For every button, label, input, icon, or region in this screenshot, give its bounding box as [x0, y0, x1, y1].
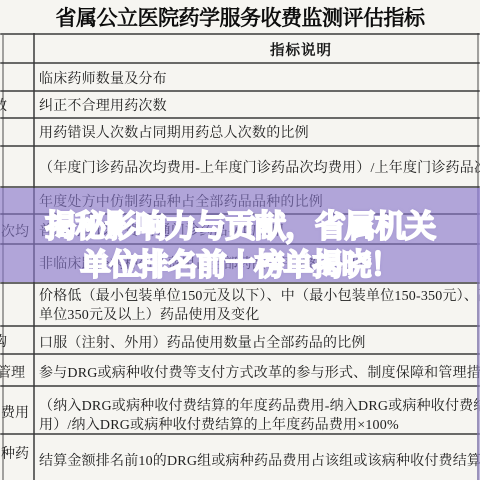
document-title: 省属公立医院药学服务收费监测评估指标 — [0, 2, 480, 32]
row-divider — [0, 145, 480, 147]
row-category-label: 费用 — [0, 402, 32, 422]
caption-line-2: 单位排名前十榜单揭晓！ — [0, 240, 480, 284]
table-row: （纳入DRG或病种收付费结算的年度药品费用-纳入DRG或病种收付费结算的用）/纳… — [39, 398, 480, 435]
row-category-label: 数 — [0, 95, 32, 115]
table-row: （年度门诊药品次均费用-上年度门诊药品次均费用）/上年度门诊药品次均 — [39, 157, 480, 177]
table-row: 用药错误人次数占同期用药总人次数的比例 — [39, 122, 309, 142]
table-row: 参与DRG或病种收付费等支付方式改革的参与形式、制度保障和管理措施 — [39, 362, 480, 382]
row-divider — [0, 90, 480, 92]
table-row-line1: （纳入DRG或病种收付费结算的年度药品费用-纳入DRG或病种收付费结算的 — [39, 398, 480, 417]
row-category-label: 管理 — [0, 362, 32, 382]
table-row: 临床药师数量及分布 — [39, 68, 167, 88]
row-divider — [0, 353, 480, 355]
table-row: 纠正不合理用药次数 — [39, 95, 167, 115]
table-row-line2: 单位350元及以上）药品使用及变化 — [39, 307, 480, 326]
row-category-label: 构 — [0, 331, 32, 351]
row-divider — [0, 385, 480, 387]
table-row: 价格低（最小包装单位150元及以下）、中（最小包装单位150-350元）、高单位… — [39, 288, 480, 325]
table-row-line1: 价格低（最小包装单位150元及以下）、中（最小包装单位150-350元）、高 — [39, 288, 480, 307]
table-row-line2: 用）/纳入DRG或病种收付费结算的上年度药品费用×100% — [39, 417, 480, 436]
row-divider — [0, 62, 480, 64]
table-row: 结算金额排名前10的DRG组或病种药品费用占该组或该病种收付费结算总费 — [39, 450, 480, 470]
column-header-indicator-description: 指标说明 — [270, 39, 332, 60]
table-row: 口服（注射、外用）药品使用数量占全部药品的比例 — [39, 332, 366, 352]
row-category-label: 种药 — [0, 443, 32, 463]
scanned-document-page: 省属公立医院药学服务收费监测评估指标 指标说明 数 次均 构 管理 费用 种药 … — [0, 0, 480, 480]
row-divider — [0, 117, 480, 119]
table-border-top — [0, 33, 480, 35]
row-divider — [0, 325, 480, 327]
